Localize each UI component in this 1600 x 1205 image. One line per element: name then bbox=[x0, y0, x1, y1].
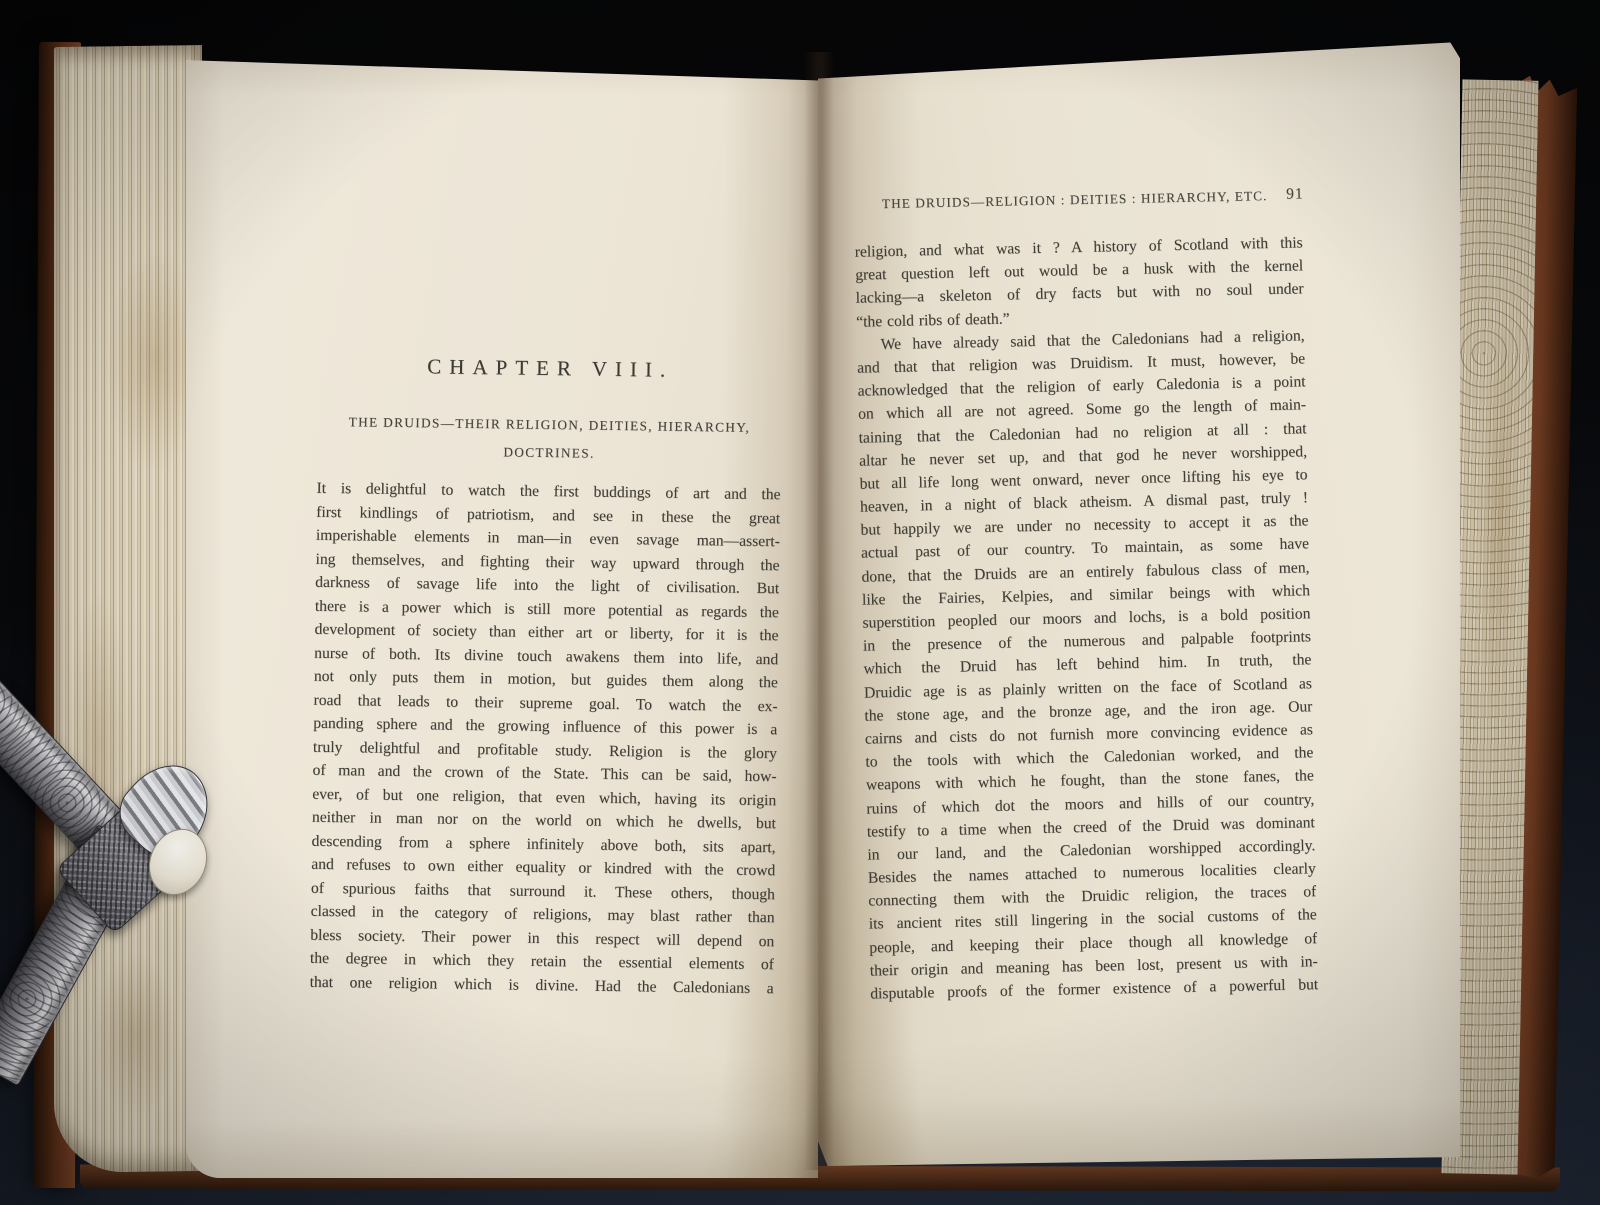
left-page-content: CHAPTER VIII. THE DRUIDS—THEIR RELIGION,… bbox=[309, 345, 782, 1000]
right-page-body-text: religion, and what was it ? A history of… bbox=[840, 231, 1326, 1006]
chapter-subtitle: THE DRUIDS—THEIR RELIGION, DEITIES, HIER… bbox=[317, 408, 782, 470]
page-edges-left bbox=[54, 45, 202, 1173]
book-gutter-shadow bbox=[804, 52, 834, 1170]
open-antique-book-photo: CHAPTER VIII. THE DRUIDS—THEIR RELIGION,… bbox=[0, 0, 1600, 1205]
chapter-heading: CHAPTER VIII. bbox=[318, 353, 782, 384]
right-page-content: THE DRUIDS—RELIGION : DEITIES : HIERARCH… bbox=[840, 187, 1327, 1006]
left-page-body-text: It is delightful to watch the first budd… bbox=[309, 477, 780, 1000]
page-number: 91 bbox=[1286, 185, 1304, 203]
